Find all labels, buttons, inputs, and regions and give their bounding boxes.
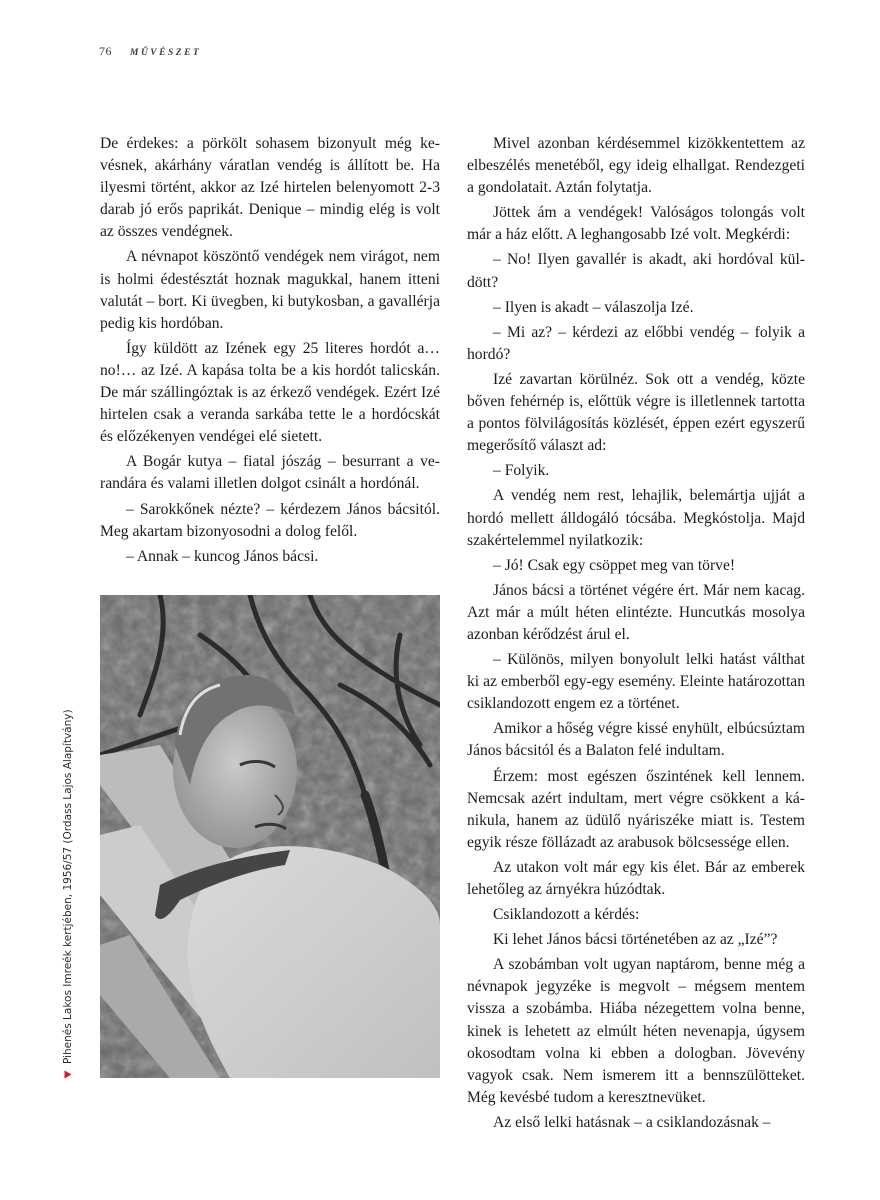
- paragraph: – Sarokkőnek nézte? – kérdezem János bác…: [100, 499, 440, 543]
- running-head: 76 MŰVÉSZET: [99, 44, 201, 59]
- paragraph: Az utakon volt már egy kis élet. Bár az …: [467, 857, 805, 901]
- paragraph: Amikor a hőség végre kissé enyhült, elbú…: [467, 718, 805, 762]
- page-number: 76: [99, 44, 112, 59]
- paragraph: A vendég nem rest, lehajlik, belemártja …: [467, 485, 805, 551]
- paragraph: Érzem: most egészen őszintének kell lenn…: [467, 766, 805, 854]
- paragraph: – Folyik.: [467, 460, 805, 482]
- paragraph: – No! Ilyen gavallér is akadt, aki hordó…: [467, 249, 805, 293]
- paragraph: – Jó! Csak egy csöppet meg van törve!: [467, 555, 805, 577]
- paragraph: – Ilyen is akadt – válaszolja Izé.: [467, 297, 805, 319]
- caption-text: Pihenés Lakos Imreék kertjében, 1956/57 …: [62, 709, 74, 1064]
- paragraph: Mivel azonban kérdésemmel kizökkentettem…: [467, 133, 805, 199]
- paragraph: A névnapot köszöntő vendégek nem virágot…: [100, 246, 440, 334]
- triangle-marker-icon: [65, 1071, 72, 1079]
- paragraph: A Bogár kutya – fiatal jószág – besurran…: [100, 451, 440, 495]
- paragraph: – Mi az? – kérdezi az előbbi vendég – fo…: [467, 322, 805, 366]
- paragraph: Jöttek ám a vendégek! Valóságos tolongás…: [467, 202, 805, 246]
- paragraph: Csiklandozott a kérdés:: [467, 904, 805, 926]
- right-column: Mivel azonban kérdésemmel kizökkentettem…: [467, 133, 805, 1137]
- paragraph: Izé zavartan körülnéz. Sok ott a vendég,…: [467, 369, 805, 457]
- paragraph: Ki lehet János bácsi történetében az az …: [467, 929, 805, 951]
- paragraph: De érdekes: a pörkölt sohasem bizonyult …: [100, 133, 440, 243]
- paragraph: Az első lelki hatásnak – a csiklandozásn…: [467, 1112, 805, 1134]
- photo: [100, 595, 440, 1078]
- paragraph: – Annak – kuncog János bácsi.: [100, 546, 440, 568]
- paragraph: János bácsi a történet végére ért. Már n…: [467, 580, 805, 646]
- photo-caption: Pihenés Lakos Imreék kertjében, 1956/57 …: [62, 709, 74, 1078]
- paragraph: – Különös, milyen bonyolult lelki hatást…: [467, 649, 805, 715]
- left-column: De érdekes: a pörkölt sohasem bizonyult …: [100, 133, 440, 571]
- paragraph: Így küldött az Izének egy 25 literes hor…: [100, 338, 440, 448]
- section-title: MŰVÉSZET: [130, 48, 201, 58]
- paragraph: A szobámban volt ugyan naptárom, benne m…: [467, 954, 805, 1109]
